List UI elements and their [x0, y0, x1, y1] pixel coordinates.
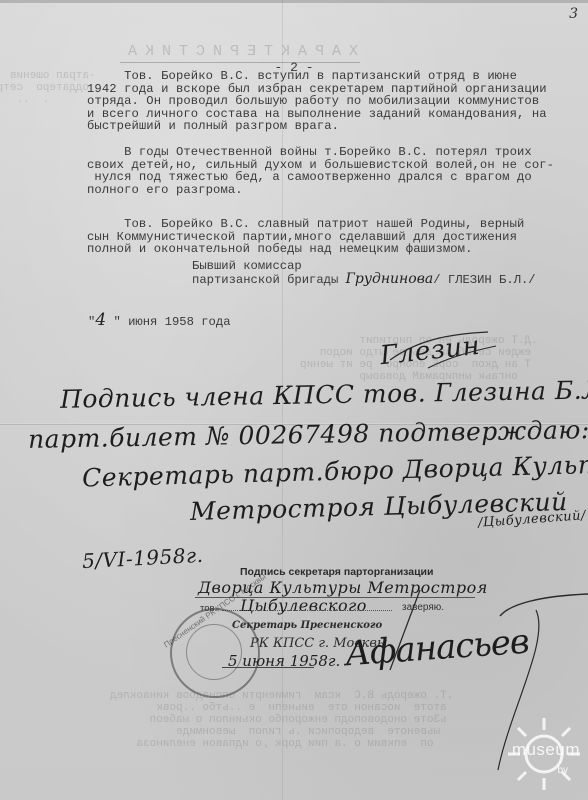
date-rest: " июня 1958 года: [113, 315, 230, 329]
handwritten-date: 5/VI-1958г.: [81, 543, 204, 573]
document-date: "4 " июня 1958 года: [88, 310, 231, 330]
handwritten-secretary-name: Цыбулевского: [240, 596, 367, 615]
paper-top-edge: [0, 0, 588, 3]
handwritten-line: Подпись члена КПСС тов. Глезина Б.Л.: [60, 375, 588, 414]
paragraph-line: полного его разгрома.: [87, 184, 582, 197]
signatory-brigade-prefix: партизанской бригады: [192, 273, 346, 287]
stamp-date-rule: [222, 667, 314, 668]
bleed-through-text: -атрап ошенив оддатеро сетри . ..: [0, 70, 96, 106]
paragraph-2: В годы Отечественной войны т.Борейко В.С…: [87, 146, 582, 196]
signatory-block: Бывший комиссар партизанской бригады Гру…: [192, 260, 536, 286]
bleed-through-title: ХАРАКТЕРИСТИКА: [120, 46, 358, 58]
signature-flourish: [388, 330, 498, 370]
archive-page-number: 3: [569, 6, 578, 22]
paragraph-line: отряда. Он проводил большую работу по мо…: [87, 95, 582, 108]
watermark-logo-text: museum: [512, 740, 580, 760]
handwritten-brigade-name: Груднинова: [346, 271, 434, 287]
date-day-handwritten: 4: [95, 310, 106, 330]
paragraph-line: Тов. Борейко В.С. славный патриот нашей …: [87, 218, 582, 231]
watermark-logo-sub: by: [557, 765, 568, 776]
scanned-document-page: ХАРАКТЕРИСТИКА -атрап ошенив оддатеро се…: [0, 0, 588, 800]
handwritten-line: парт.билет № 00267498 подтверждаю:: [28, 415, 588, 454]
paragraph-line: нулся под тяжестью бед, а самоотверженно…: [87, 171, 582, 184]
signatory-brigade-line: партизанской бригады Груднинова/ ГЛЕЗИН …: [192, 273, 536, 287]
paragraph-line: Тов. Борейко В.С. вступил в партизанский…: [87, 70, 582, 83]
handwritten-line: Секретарь парт.бюро Дворца Культуры: [82, 449, 588, 493]
paragraph-line: полной и окончательной победы над немецк…: [87, 243, 582, 256]
paragraph-1: Тов. Борейко В.С. вступил в партизанский…: [87, 70, 582, 133]
paragraph-3: Тов. Борейко В.С. славный патриот нашей …: [87, 218, 582, 256]
paragraph-line: В годы Отечественной войны т.Борейко В.С…: [87, 146, 582, 159]
paragraph-line: быстрейший и полный разгром врага.: [87, 120, 582, 133]
signatory-name: / ГЛЕЗИН Б.Л./: [433, 273, 535, 287]
